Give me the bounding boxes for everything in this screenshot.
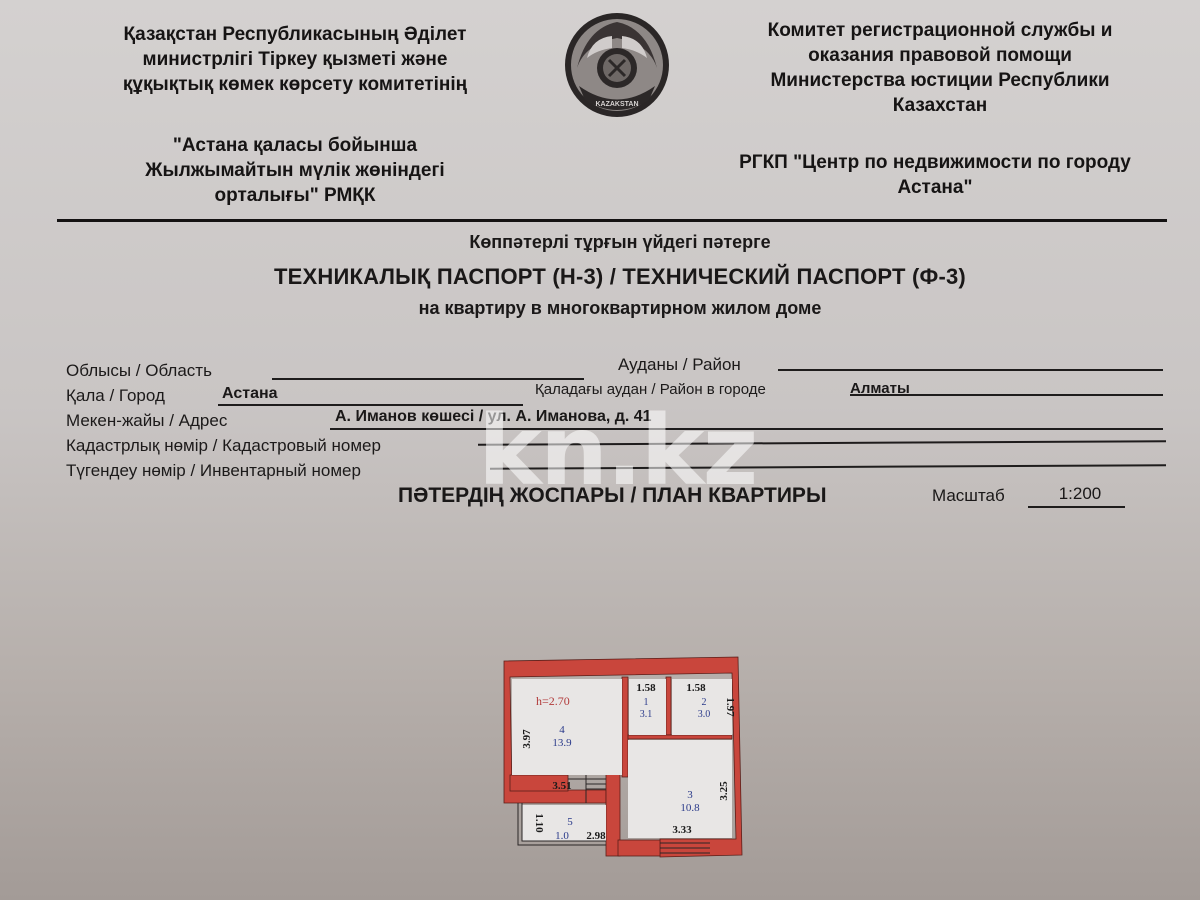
scale-label: Масштаб [932,486,1005,506]
address-label: Мекен-жайы / Адрес [66,411,227,431]
svg-text:3: 3 [687,789,693,801]
header-line: Казахстан [710,93,1170,118]
header-line: Астана" [700,175,1170,200]
header-line: оказания правовой помощи [710,43,1170,68]
header-kazakh-committee: Қазақстан Республикасының Әділет министр… [60,22,530,97]
header-divider [57,219,1167,222]
svg-text:3.51: 3.51 [552,780,571,792]
header-line: министрлігі Тіркеу қызметі және [60,47,530,72]
header-line: Жылжымайтын мүлік жөніндегі [60,158,530,183]
svg-text:3.0: 3.0 [698,709,711,720]
header-russian-center: РГКП "Центр по недвижимости по городу Ас… [700,150,1170,200]
svg-text:10.8: 10.8 [680,802,700,814]
header-line: "Астана қаласы бойынша [60,133,530,158]
document-subtitle-russian: на квартиру в многоквартирном жилом доме [240,298,1000,319]
header-line: Комитет регистрационной службы и [710,18,1170,43]
svg-text:2.98: 2.98 [586,830,606,842]
svg-text:4: 4 [559,724,565,736]
header-line: құқықтық көмек көрсету комитетінің [60,72,530,97]
district-field [778,369,1163,371]
svg-text:1.58: 1.58 [636,682,656,694]
scale-field [1028,506,1125,508]
svg-text:3.33: 3.33 [672,824,692,836]
header-line: Министерства юстиции Республики [710,68,1170,93]
city-district-field [850,394,1163,396]
floor-plan: h=2.70 4 13.9 1 3.1 2 3.0 3 10.8 5 1.0 1… [500,655,750,870]
svg-text:3.25: 3.25 [718,781,730,801]
svg-text:h=2.70: h=2.70 [536,694,570,708]
svg-text:1.0: 1.0 [555,830,569,842]
header-line: орталығы" РМҚК [60,183,530,208]
city-value: Астана [222,385,278,403]
header-line: РГКП "Центр по недвижимости по городу [700,150,1170,175]
svg-text:1.10: 1.10 [533,813,545,833]
state-emblem-icon: KAZAKSTAN [557,8,677,123]
svg-text:2: 2 [702,697,707,708]
header-line: Қазақстан Республикасының Әділет [60,22,530,47]
header-kazakh-center: "Астана қаласы бойынша Жылжымайтын мүлік… [60,133,530,208]
cadastral-label: Кадастрлық нөмір / Кадастровый номер [66,436,381,456]
svg-text:5: 5 [567,816,573,828]
header-russian-committee: Комитет регистрационной службы и оказани… [710,18,1170,118]
svg-text:1: 1 [644,697,649,708]
watermark: kn.kz [478,395,756,507]
svg-text:3.97: 3.97 [521,729,533,749]
scale-value: 1:200 [1040,484,1120,504]
city-label: Қала / Город [66,386,165,406]
svg-text:KAZAKSTAN: KAZAKSTAN [595,101,638,108]
district-label: Ауданы / Район [618,355,741,375]
document-title: ТЕХНИКАЛЫҚ ПАСПОРТ (Н-3) / ТЕХНИЧЕСКИЙ П… [200,264,1040,290]
inventory-label: Түгендеу нөмір / Инвентарный номер [66,461,361,481]
region-field [272,378,584,380]
region-label: Облысы / Область [66,361,212,381]
svg-text:1.97: 1.97 [724,697,736,717]
svg-text:1.58: 1.58 [686,682,706,694]
svg-text:13.9: 13.9 [552,737,572,749]
svg-text:3.1: 3.1 [640,709,653,720]
document-subtitle-kazakh: Көппәтерлі тұрғын үйдегі пәтерге [240,232,1000,253]
